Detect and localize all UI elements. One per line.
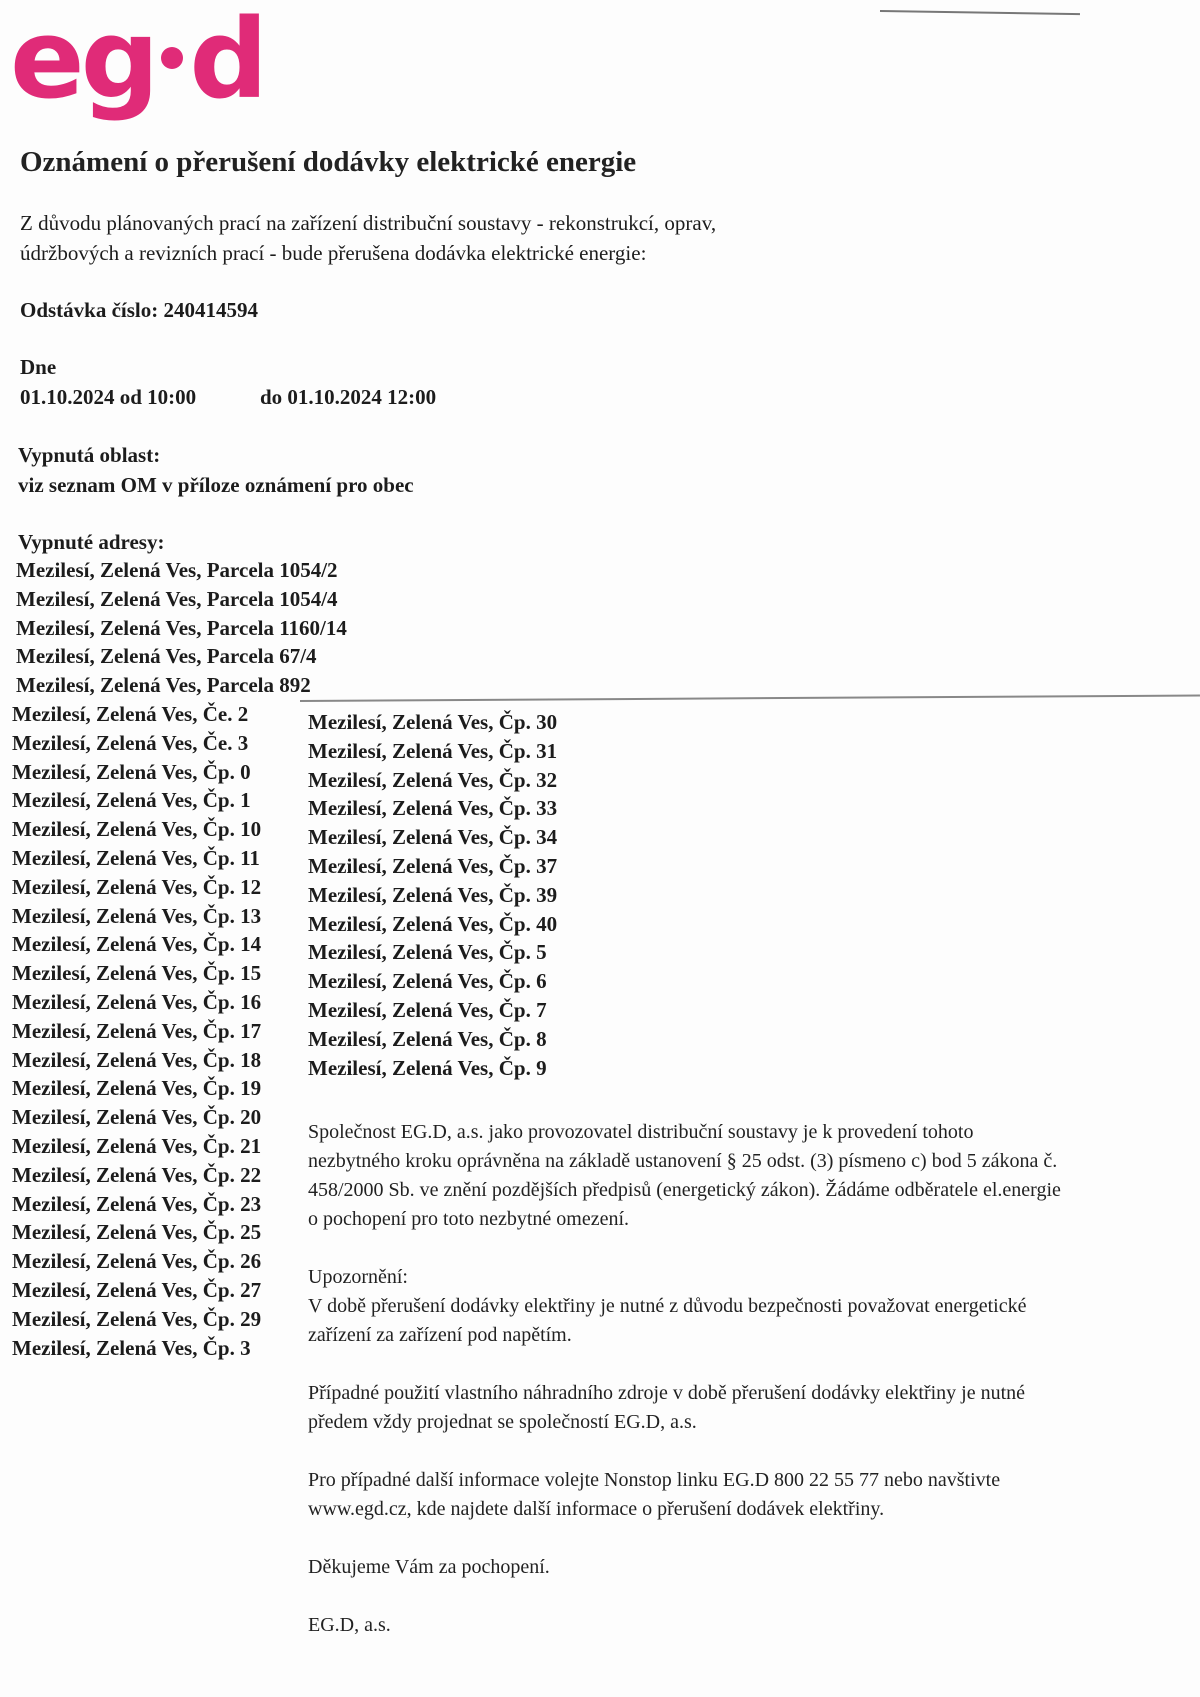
addresses-label: Vypnuté adresy: (18, 530, 164, 555)
outage-to: do 01.10.2024 12:00 (260, 385, 436, 410)
warning-label: Upozornění: (308, 1266, 408, 1288)
address-list-column-2: Mezilesí, Zelená Ves, Čp. 30Mezilesí, Ze… (308, 708, 557, 1082)
egd-logo-icon: egd (10, 4, 264, 114)
address-item: Mezilesí, Zelená Ves, Čp. 3 (12, 1334, 261, 1363)
address-item: Mezilesí, Zelená Ves, Čp. 12 (12, 873, 261, 902)
address-item: Mezilesí, Zelená Ves, Čp. 5 (308, 938, 557, 967)
address-item: Mezilesí, Zelená Ves, Čp. 29 (12, 1305, 261, 1334)
address-item: Mezilesí, Zelená Ves, Čp. 31 (308, 737, 557, 766)
address-list-column-1: Mezilesí, Zelená Ves, Če. 2Mezilesí, Zel… (12, 700, 261, 1362)
address-item: Mezilesí, Zelená Ves, Čp. 11 (12, 844, 261, 873)
address-item: Mezilesí, Zelená Ves, Čp. 17 (12, 1017, 261, 1046)
address-item: Mezilesí, Zelená Ves, Čp. 9 (308, 1054, 557, 1083)
address-item: Mezilesí, Zelená Ves, Čp. 15 (12, 959, 261, 988)
address-item: Mezilesí, Zelená Ves, Čp. 16 (12, 988, 261, 1017)
logo-text-left: eg (10, 0, 155, 123)
address-item: Mezilesí, Zelená Ves, Čp. 25 (12, 1218, 261, 1247)
address-item: Mezilesí, Zelená Ves, Čp. 37 (308, 852, 557, 881)
address-item: Mezilesí, Zelená Ves, Čp. 22 (12, 1161, 261, 1190)
address-item: Mezilesí, Zelená Ves, Čp. 13 (12, 902, 261, 931)
address-item: Mezilesí, Zelená Ves, Čp. 27 (12, 1276, 261, 1305)
address-item: Mezilesí, Zelená Ves, Če. 2 (12, 700, 261, 729)
paper-edge (300, 695, 1200, 702)
address-item: Mezilesí, Zelená Ves, Čp. 23 (12, 1190, 261, 1219)
address-item: Mezilesí, Zelená Ves, Čp. 34 (308, 823, 557, 852)
address-item: Mezilesí, Zelená Ves, Čp. 14 (12, 930, 261, 959)
area-value: viz seznam OM v příloze oznámení pro obe… (18, 473, 414, 498)
thanks-text: Děkujeme Vám za pochopení. (308, 1553, 1200, 1582)
area-label: Vypnutá oblast: (18, 443, 160, 468)
warning-text: V době přerušení dodávky elektřiny je nu… (308, 1295, 1026, 1346)
address-item: Mezilesí, Zelená Ves, Parcela 1160/14 (16, 614, 347, 643)
address-item: Mezilesí, Zelená Ves, Parcela 1054/4 (16, 585, 347, 614)
address-item: Mezilesí, Zelená Ves, Čp. 1 (12, 786, 261, 815)
address-item: Mezilesí, Zelená Ves, Čp. 6 (308, 967, 557, 996)
address-item: Mezilesí, Zelená Ves, Čp. 39 (308, 881, 557, 910)
logo-text-right: d (189, 0, 264, 123)
address-item: Mezilesí, Zelená Ves, Čp. 30 (308, 708, 557, 737)
address-item: Mezilesí, Zelená Ves, Čp. 33 (308, 794, 557, 823)
address-item: Mezilesí, Zelená Ves, Čp. 18 (12, 1046, 261, 1075)
contact-paragraph: Pro případné další informace volejte Non… (308, 1466, 1200, 1524)
signature: EG.D, a.s. (308, 1611, 1200, 1640)
address-item: Mezilesí, Zelená Ves, Parcela 67/4 (16, 642, 347, 671)
address-item: Mezilesí, Zelená Ves, Čp. 26 (12, 1247, 261, 1276)
address-item: Mezilesí, Zelená Ves, Čp. 32 (308, 766, 557, 795)
outage-from: 01.10.2024 od 10:00 (20, 385, 196, 410)
logo-dot (161, 47, 183, 69)
notice-body: Společnost EG.D, a.s. jako provozovatel … (308, 1118, 1200, 1669)
address-item: Mezilesí, Zelená Ves, Čp. 10 (12, 815, 261, 844)
parcel-address-list: Mezilesí, Zelená Ves, Parcela 1054/2Mezi… (16, 556, 347, 700)
page-title: Oznámení o přerušení dodávky elektrické … (20, 146, 636, 179)
address-item: Mezilesí, Zelená Ves, Čp. 20 (12, 1103, 261, 1132)
legal-paragraph: Společnost EG.D, a.s. jako provozovatel … (308, 1118, 1200, 1234)
address-item: Mezilesí, Zelená Ves, Čp. 0 (12, 758, 261, 787)
address-item: Mezilesí, Zelená Ves, Parcela 1054/2 (16, 556, 347, 585)
paper-edge (880, 10, 1080, 15)
outage-number: Odstávka číslo: 240414594 (20, 298, 258, 323)
address-item: Mezilesí, Zelená Ves, Čp. 21 (12, 1132, 261, 1161)
address-item: Mezilesí, Zelená Ves, Čp. 19 (12, 1074, 261, 1103)
generator-paragraph: Případné použití vlastního náhradního zd… (308, 1379, 1200, 1437)
address-item: Mezilesí, Zelená Ves, Čp. 8 (308, 1025, 557, 1054)
address-item: Mezilesí, Zelená Ves, Če. 3 (12, 729, 261, 758)
warning-paragraph: Upozornění:V době přerušení dodávky elek… (308, 1263, 1200, 1350)
address-item: Mezilesí, Zelená Ves, Čp. 7 (308, 996, 557, 1025)
address-item: Mezilesí, Zelená Ves, Čp. 40 (308, 910, 557, 939)
address-item: Mezilesí, Zelená Ves, Parcela 892 (16, 671, 347, 700)
date-label: Dne (20, 355, 56, 380)
intro-text: Z důvodu plánovaných prací na zařízení d… (20, 208, 820, 268)
